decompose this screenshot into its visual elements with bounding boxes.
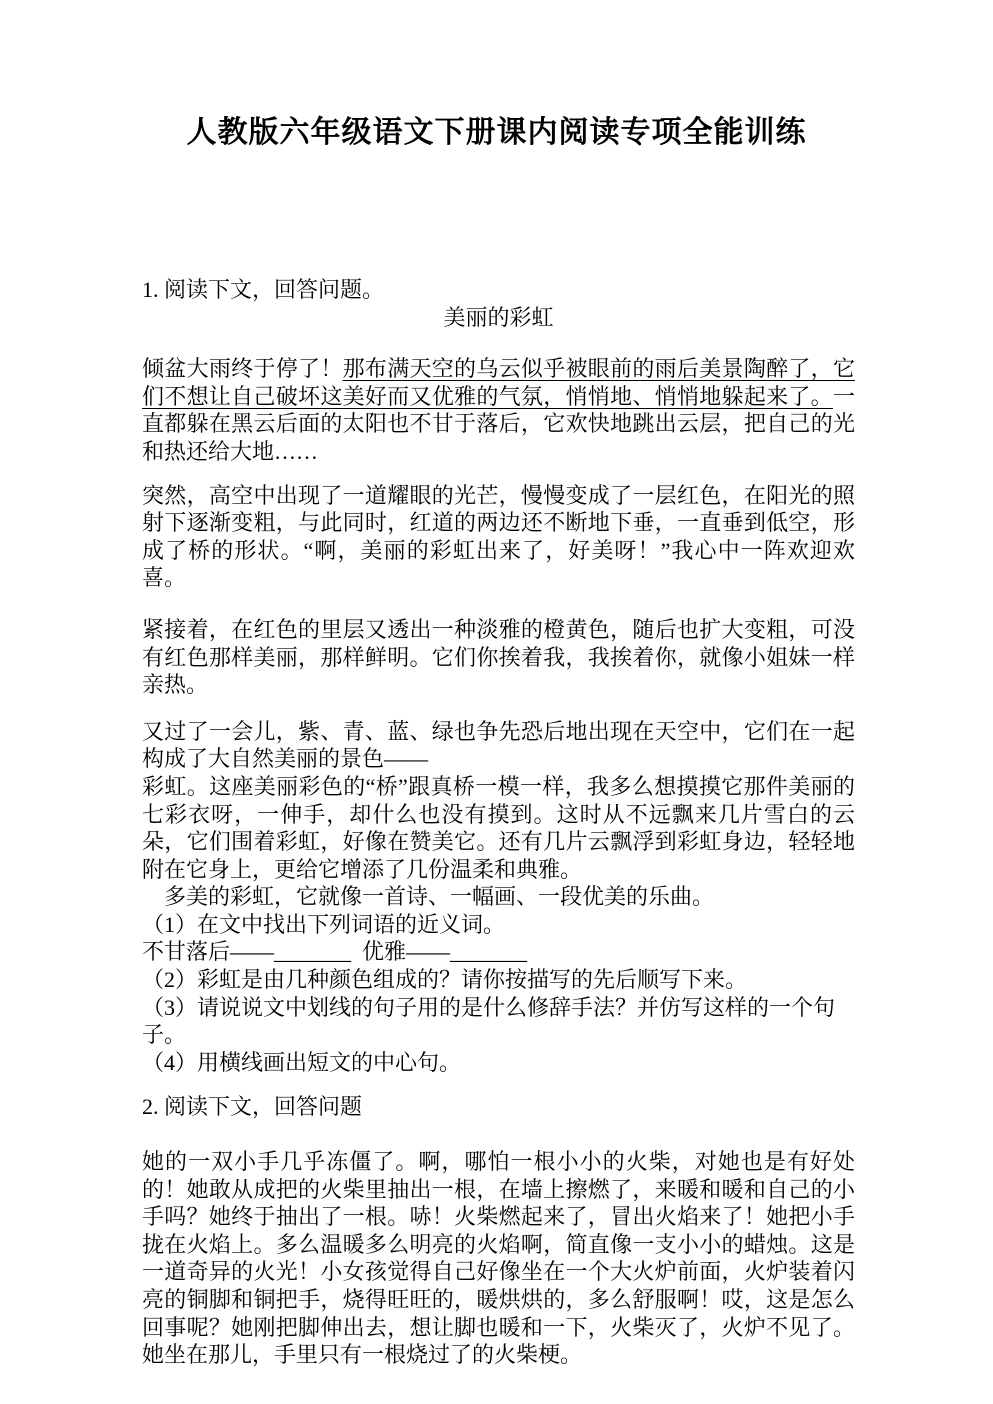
passage1-paragraph-3: 紧接着，在红色的里层又透出一种淡雅的橙黄色，随后也扩大变粗，可没有红色那样美丽，…	[142, 616, 855, 699]
passage2-paragraph-1: 她的一双小手几乎冻僵了。啊，哪怕一根小小的火柴，对她也是有好处的！她敢从成把的火…	[142, 1148, 855, 1369]
question-3: （3）请说说文中划线的句子用的是什么修辞手法？并仿写这样的一个句子。	[142, 994, 855, 1049]
document-title: 人教版六年级语文下册课内阅读专项全能训练	[0, 0, 993, 154]
question-2: （2）彩虹是由几种颜色组成的？请你按描写的先后顺写下来。	[142, 966, 855, 994]
passage1-paragraph-5: 彩虹。这座美丽彩色的“桥”跟真桥一模一样，我多么想摸摸它那件美丽的七彩衣呀，一伸…	[142, 773, 855, 883]
passage1-paragraph-4: 又过了一会儿，紫、青、蓝、绿也争先恐后地出现在天空中，它们在一起构成了大自然美丽…	[142, 718, 855, 773]
section1-heading: 1. 阅读下文，回答问题。	[142, 276, 855, 304]
passage1-paragraph-2: 突然，高空中出现了一道耀眼的光芒，慢慢变成了一层红色，在阳光的照射下逐渐变粗，与…	[142, 482, 855, 592]
passage1-paragraph-6: 多美的彩虹，它就像一首诗、一幅画、一段优美的乐曲。	[142, 883, 855, 911]
document-body: 1. 阅读下文，回答问题。 美丽的彩虹 倾盆大雨终于停了！那布满天空的乌云似乎被…	[0, 276, 993, 1369]
question-4: （4）用横线画出短文的中心句。	[142, 1049, 855, 1077]
paragraph1-lead: 倾盆大雨终于停了！	[142, 356, 343, 381]
passage1-title: 美丽的彩虹	[142, 304, 855, 332]
document-page: 人教版六年级语文下册课内阅读专项全能训练 1. 阅读下文，回答问题。 美丽的彩虹…	[0, 0, 993, 1404]
question-1: （1）在文中找出下列词语的近义词。	[142, 911, 855, 939]
passage1-paragraph-1: 倾盆大雨终于停了！那布满天空的乌云似乎被眼前的雨后美景陶醉了，它们不想让自己破坏…	[142, 355, 855, 465]
question-1-blanks: 不甘落后——_______ 优雅——_______	[142, 938, 855, 966]
section2-heading: 2. 阅读下文，回答问题	[142, 1093, 855, 1121]
